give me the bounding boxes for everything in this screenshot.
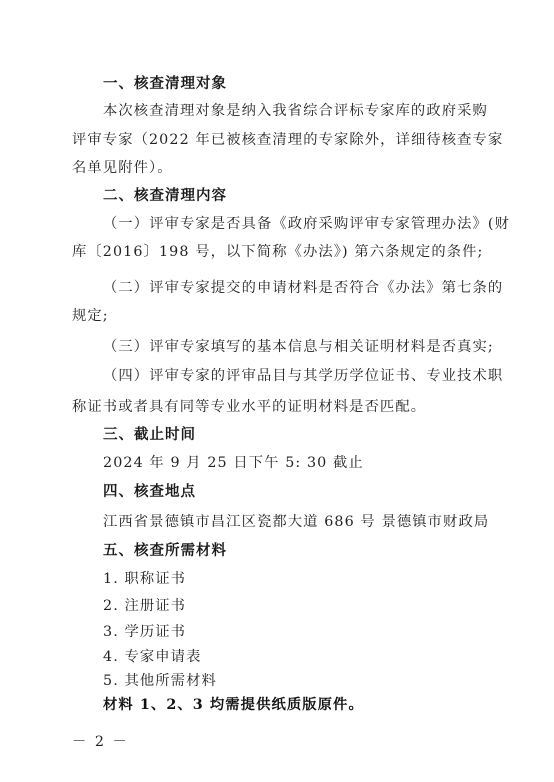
section-heading: 四、核查地点 [103,483,196,501]
list-item: 5. 其他所需材料 [103,672,217,690]
list-item: 1. 职称证书 [103,570,186,588]
paragraph-line: 称证书或者具有同等专业水平的证明材料是否匹配。 [72,398,426,416]
list-item: 4. 专家申请表 [103,648,201,666]
deadline-text: 2024 年 9 月 25 日下午 5: 30 截止 [103,454,364,472]
paragraph-line: （一）评审专家是否具备《政府采购评审专家管理办法》(财 [103,215,483,233]
paragraph-line: （二）评审专家提交的申请材料是否符合《办法》第七条的 [103,279,483,297]
section-heading: 五、核查所需材料 [103,542,227,560]
list-item: 3. 学历证书 [103,623,186,641]
section-heading: 二、核查清理内容 [103,187,227,205]
paragraph-line: （三）评审专家填写的基本信息与相关证明材料是否真实; [103,338,483,356]
paragraph-line: 库〔2016〕198 号，以下简称《办法》) 第六条规定的条件; [72,243,483,261]
materials-note: 材料 1、2、3 均需提供纸质版原件。 [103,696,364,714]
section-heading: 三、截止时间 [103,426,196,444]
address-text: 江西省景德镇市昌江区瓷都大道 686 号 景德镇市财政局 [103,513,489,531]
paragraph-line: （四）评审专家的评审品目与其学历学位证书、专业技术职 [103,367,483,385]
paragraph-line: 本次核查清理对象是纳入我省综合评标专家库的政府采购 [103,102,483,120]
paragraph-line: 评审专家（2022 年已被核查清理的专家除外，详细待核查专家 [72,131,483,149]
page-number: － 2 － [72,733,129,751]
section-heading: 一、核查清理对象 [103,75,227,93]
paragraph-line: 规定; [72,307,109,325]
paragraph-line: 名单见附件）。 [72,159,173,177]
list-item: 2. 注册证书 [103,597,186,615]
